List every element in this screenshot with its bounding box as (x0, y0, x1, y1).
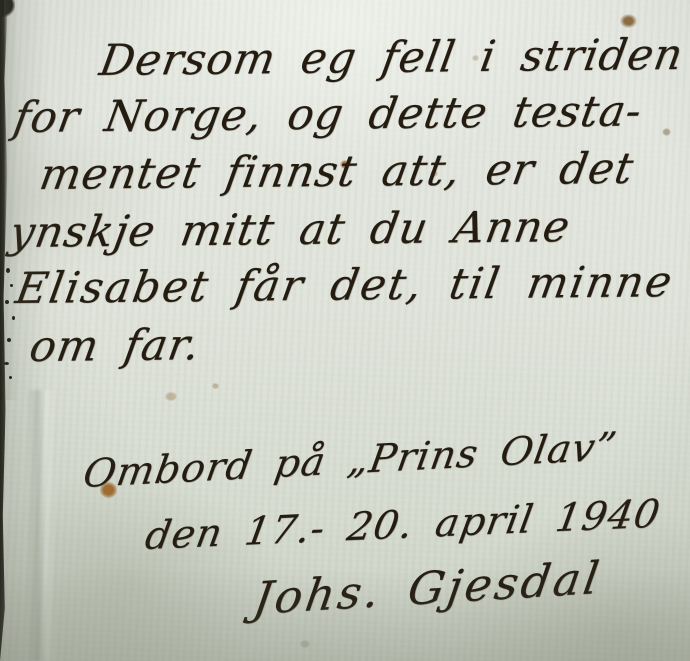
ink-speckle (4, 362, 9, 365)
paper-crease-lower (26, 390, 56, 661)
handwritten-line-3: mentet finnst att, er det (36, 144, 637, 200)
handwritten-line-6: om far. (26, 320, 204, 372)
handwritten-line-4: ynskje mitt at du Anne (6, 202, 574, 258)
ink-speckle (5, 300, 9, 304)
handwritten-line-1: Dersom eg fell i striden (96, 30, 687, 86)
ink-speckle (9, 376, 12, 379)
ink-speckle (6, 268, 10, 273)
ink-speckle (7, 338, 11, 342)
ink-speckle (12, 316, 15, 320)
photo-of-handwritten-note: Dersom eg fell i striden for Norge, og d… (0, 0, 690, 661)
ink-speckle (10, 284, 13, 287)
handwritten-line-5: Elisabet får det, til minne (12, 257, 677, 314)
handwritten-line-2: for Norge, og dette testa- (10, 86, 646, 143)
